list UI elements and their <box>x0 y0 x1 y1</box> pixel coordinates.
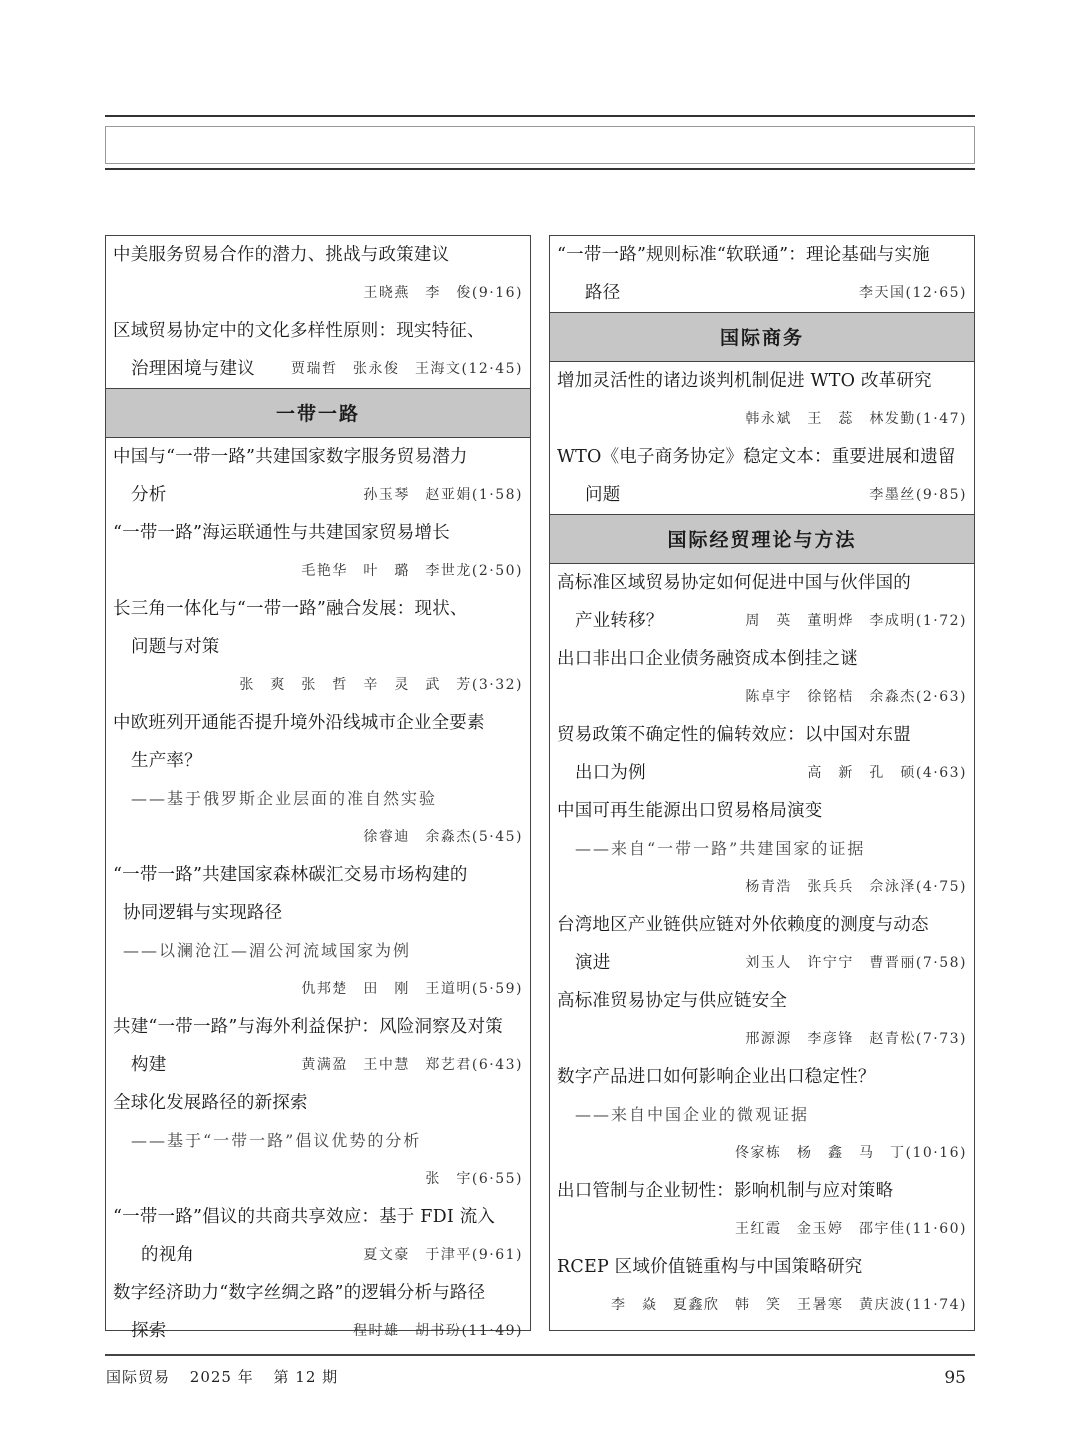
toc-entry[interactable]: “一带一路”海运联通性与共建国家贸易增长 毛艳华 叶 璐 李世龙(2·50) <box>106 514 530 590</box>
entry-authors: 张 宇(6·55) <box>113 1160 523 1198</box>
entry-title-text: 分析 <box>131 485 166 505</box>
entry-authors: 张 爽 张 哲 辛 灵 武 芳(3·32) <box>113 666 523 704</box>
toc-left-column: 中美服务贸易合作的潜力、挑战与政策建议 王晓燕 李 俊(9·16) 区域贸易协定… <box>105 235 531 1331</box>
entry-title-cont: 构建黄满盈 王中慧 郑艺君(6·43) <box>113 1046 523 1084</box>
entry-title-text: 治理困境与建议 <box>131 359 255 379</box>
entry-title-cont: 问题与对策 <box>113 628 523 666</box>
toc-entry[interactable]: “一带一路”共建国家森林碳汇交易市场构建的 协同逻辑与实现路径 ——以澜沧江—湄… <box>106 856 530 1008</box>
page-number: 95 <box>944 1368 966 1388</box>
entry-authors: 李墨丝(9·85) <box>869 476 967 514</box>
toc-entry[interactable]: 出口非出口企业债务融资成本倒挂之谜 陈卓宇 徐铭桔 余淼杰(2·63) <box>550 640 974 716</box>
entry-authors: 黄满盈 王中慧 郑艺君(6·43) <box>301 1046 523 1084</box>
entry-title-cont: 问题李墨丝(9·85) <box>557 476 967 514</box>
entry-title-text: 问题 <box>585 485 620 505</box>
entry-authors: 王晓燕 李 俊(9·16) <box>113 274 523 312</box>
entry-subtitle: ——基于“一带一路”倡议优势的分析 <box>113 1122 523 1160</box>
entry-authors: 陈卓宇 徐铭桔 余淼杰(2·63) <box>557 678 967 716</box>
entry-authors: 李天国(12·65) <box>859 274 967 312</box>
entry-title-text: 产业转移？ <box>575 611 664 631</box>
toc-entry[interactable]: WTO《电子商务协定》稳定文本：重要进展和遗留 问题李墨丝(9·85) <box>550 438 974 514</box>
entry-title: 台湾地区产业链供应链对外依赖度的测度与动态 <box>557 906 967 944</box>
toc-entry[interactable]: 高标准贸易协定与供应链安全 邢源源 李彦锋 赵青松(7·73) <box>550 982 974 1058</box>
entry-title: 全球化发展路径的新探索 <box>113 1084 523 1122</box>
entry-authors: 徐睿迪 余淼杰(5·45) <box>113 818 523 856</box>
toc-entry[interactable]: 数字经济助力“数字丝绸之路”的逻辑分析与路径 探索程时雄 胡书玢(11·49) <box>106 1274 530 1350</box>
footer-year: 2025 年 <box>190 1368 254 1386</box>
entry-title: “一带一路”倡议的共商共享效应：基于 FDI 流入 <box>113 1198 523 1236</box>
entry-authors: 杨青浩 张兵兵 佘泳泽(4·75) <box>557 868 967 906</box>
entry-title: 高标准贸易协定与供应链安全 <box>557 982 967 1020</box>
entry-title: 中欧班列开通能否提升境外沿线城市企业全要素 <box>113 704 523 742</box>
entry-title: 数字产品进口如何影响企业出口稳定性？ <box>557 1058 967 1096</box>
toc-entry[interactable]: RCEP 区域价值链重构与中国策略研究 李 焱 夏鑫欣 韩 笑 王暑寒 黄庆波(… <box>550 1248 974 1324</box>
entry-title: 共建“一带一路”与海外利益保护：风险洞察及对策 <box>113 1008 523 1046</box>
entry-title-cont: 路径李天国(12·65) <box>557 274 967 312</box>
toc-entry[interactable]: 增加灵活性的诸边谈判机制促进 WTO 改革研究 韩永斌 王 蕊 林发勤(1·47… <box>550 362 974 438</box>
entry-subtitle: ——以澜沧江—湄公河流域国家为例 <box>113 932 523 970</box>
toc-entry[interactable]: “一带一路”倡议的共商共享效应：基于 FDI 流入 的视角夏文豪 于津平(9·6… <box>106 1198 530 1274</box>
toc-entry[interactable]: “一带一路”规则标准“软联通”：理论基础与实施 路径李天国(12·65) <box>550 236 974 312</box>
toc-entry[interactable]: 共建“一带一路”与海外利益保护：风险洞察及对策 构建黄满盈 王中慧 郑艺君(6·… <box>106 1008 530 1084</box>
entry-title: 中国与“一带一路”共建国家数字服务贸易潜力 <box>113 438 523 476</box>
entry-title-cont: 的视角夏文豪 于津平(9·61) <box>113 1236 523 1274</box>
toc-entry[interactable]: 长三角一体化与“一带一路”融合发展：现状、 问题与对策 张 爽 张 哲 辛 灵 … <box>106 590 530 704</box>
entry-subtitle: ——来自中国企业的微观证据 <box>557 1096 967 1134</box>
toc-entry[interactable]: 中国与“一带一路”共建国家数字服务贸易潜力 分析孙玉琴 赵亚娟(1·58) <box>106 438 530 514</box>
entry-authors: 仇邦楚 田 刚 王道明(5·59) <box>113 970 523 1008</box>
toc-entry[interactable]: 台湾地区产业链供应链对外依赖度的测度与动态 演进刘玉人 许宁宁 曹晋丽(7·58… <box>550 906 974 982</box>
entry-title: 出口非出口企业债务融资成本倒挂之谜 <box>557 640 967 678</box>
toc-entry[interactable]: 中欧班列开通能否提升境外沿线城市企业全要素 生产率？ ——基于俄罗斯企业层面的准… <box>106 704 530 856</box>
footer-journal-name: 国际贸易 <box>106 1368 170 1386</box>
entry-title: WTO《电子商务协定》稳定文本：重要进展和遗留 <box>557 438 967 476</box>
entry-title-text: 的视角 <box>141 1245 194 1265</box>
entry-title: 高标准区域贸易协定如何促进中国与伙伴国的 <box>557 564 967 602</box>
entry-subtitle: ——来自“一带一路”共建国家的证据 <box>557 830 967 868</box>
entry-title-cont: 演进刘玉人 许宁宁 曹晋丽(7·58) <box>557 944 967 982</box>
toc-entry[interactable]: 中国可再生能源出口贸易格局演变 ——来自“一带一路”共建国家的证据 杨青浩 张兵… <box>550 792 974 906</box>
entry-title-cont: 协同逻辑与实现路径 <box>113 894 523 932</box>
entry-title: 出口管制与企业韧性：影响机制与应对策略 <box>557 1172 967 1210</box>
toc-entry[interactable]: 贸易政策不确定性的偏转效应：以中国对东盟 出口为例高 新 孔 硕(4·63) <box>550 716 974 792</box>
entry-authors: 周 英 董明烨 李成明(1·72) <box>745 602 967 640</box>
section-header-trade-theory-methods: 国际经贸理论与方法 <box>550 514 974 564</box>
entry-title: 数字经济助力“数字丝绸之路”的逻辑分析与路径 <box>113 1274 523 1312</box>
entry-title: 中美服务贸易合作的潜力、挑战与政策建议 <box>113 236 523 274</box>
header-banner-box <box>105 126 975 164</box>
toc-entry[interactable]: 出口管制与企业韧性：影响机制与应对策略 王红霞 金玉婷 邵宇佳(11·60) <box>550 1172 974 1248</box>
entry-title: “一带一路”规则标准“软联通”：理论基础与实施 <box>557 236 967 274</box>
header-rule-bottom <box>105 168 975 170</box>
header-rule <box>105 115 975 117</box>
toc-entry[interactable]: 高标准区域贸易协定如何促进中国与伙伴国的 产业转移？周 英 董明烨 李成明(1·… <box>550 564 974 640</box>
entry-title-text: 路径 <box>585 283 620 303</box>
entry-subtitle: ——基于俄罗斯企业层面的准自然实验 <box>113 780 523 818</box>
section-header-international-business: 国际商务 <box>550 312 974 362</box>
toc-entry[interactable]: 中美服务贸易合作的潜力、挑战与政策建议 王晓燕 李 俊(9·16) <box>106 236 530 312</box>
section-header-belt-road: 一带一路 <box>106 388 530 438</box>
entry-title-cont: 治理困境与建议贾瑞哲 张永俊 王海文(12·45) <box>113 350 523 388</box>
entry-title-cont: 产业转移？周 英 董明烨 李成明(1·72) <box>557 602 967 640</box>
toc-entry[interactable]: 区域贸易协定中的文化多样性原则：现实特征、 治理困境与建议贾瑞哲 张永俊 王海文… <box>106 312 530 388</box>
entry-title-text: 探索 <box>131 1321 166 1341</box>
entry-authors: 贾瑞哲 张永俊 王海文(12·45) <box>291 350 523 388</box>
entry-authors: 孙玉琴 赵亚娟(1·58) <box>363 476 523 514</box>
entry-authors: 刘玉人 许宁宁 曹晋丽(7·58) <box>745 944 967 982</box>
entry-authors: 夏文豪 于津平(9·61) <box>363 1236 523 1274</box>
entry-title: 长三角一体化与“一带一路”融合发展：现状、 <box>113 590 523 628</box>
entry-title-cont: 生产率？ <box>113 742 523 780</box>
footer-issue: 第 12 期 <box>274 1368 339 1386</box>
entry-authors: 王红霞 金玉婷 邵宇佳(11·60) <box>557 1210 967 1248</box>
footer-rule <box>105 1354 975 1356</box>
entry-title: 中国可再生能源出口贸易格局演变 <box>557 792 967 830</box>
entry-title-text: 出口为例 <box>575 763 646 783</box>
entry-title-text: 构建 <box>131 1055 166 1075</box>
entry-authors: 佟家栋 杨 鑫 马 丁(10·16) <box>557 1134 967 1172</box>
entry-authors: 邢源源 李彦锋 赵青松(7·73) <box>557 1020 967 1058</box>
entry-title: 增加灵活性的诸边谈判机制促进 WTO 改革研究 <box>557 362 967 400</box>
entry-title: “一带一路”共建国家森林碳汇交易市场构建的 <box>113 856 523 894</box>
entry-title: 区域贸易协定中的文化多样性原则：现实特征、 <box>113 312 523 350</box>
entry-title-text: 演进 <box>575 953 610 973</box>
entry-title: 贸易政策不确定性的偏转效应：以中国对东盟 <box>557 716 967 754</box>
footer-journal-info: 国际贸易 2025 年 第 12 期 <box>106 1366 352 1387</box>
entry-title-cont: 分析孙玉琴 赵亚娟(1·58) <box>113 476 523 514</box>
toc-right-column: “一带一路”规则标准“软联通”：理论基础与实施 路径李天国(12·65) 国际商… <box>549 235 975 1331</box>
entry-authors: 韩永斌 王 蕊 林发勤(1·47) <box>557 400 967 438</box>
entry-title: “一带一路”海运联通性与共建国家贸易增长 <box>113 514 523 552</box>
entry-title-cont: 探索程时雄 胡书玢(11·49) <box>113 1312 523 1350</box>
toc-entry[interactable]: 全球化发展路径的新探索 ——基于“一带一路”倡议优势的分析 张 宇(6·55) <box>106 1084 530 1198</box>
entry-title-cont: 出口为例高 新 孔 硕(4·63) <box>557 754 967 792</box>
entry-title: RCEP 区域价值链重构与中国策略研究 <box>557 1248 967 1286</box>
entry-authors: 高 新 孔 硕(4·63) <box>807 754 967 792</box>
entry-authors: 程时雄 胡书玢(11·49) <box>353 1312 523 1350</box>
entry-authors: 毛艳华 叶 璐 李世龙(2·50) <box>113 552 523 590</box>
toc-entry[interactable]: 数字产品进口如何影响企业出口稳定性？ ——来自中国企业的微观证据 佟家栋 杨 鑫… <box>550 1058 974 1172</box>
entry-authors: 李 焱 夏鑫欣 韩 笑 王暑寒 黄庆波(11·74) <box>557 1286 967 1324</box>
